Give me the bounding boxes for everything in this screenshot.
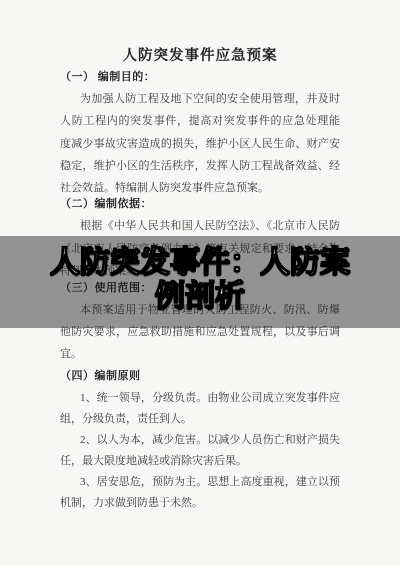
body-line: 2、以人为本，减少危害。以减少人员伤亡和财产损失为第一责 bbox=[80, 433, 340, 447]
body-line: 任，最大限度地减轻或消除灾害后果。 bbox=[60, 454, 360, 468]
body-line: 社会效益。特编制人防突发事件应急预案。 bbox=[60, 181, 360, 195]
body-line: 为加强人防工程及地下空间的安全使用管理，并及时有效的处理 bbox=[80, 92, 340, 106]
overlay-headline-line-1: 人防突发事件：人防案 bbox=[0, 246, 400, 280]
section-heading-2: （二）编制依据： bbox=[60, 197, 360, 211]
body-line: 1、统一领导，分级负责。由物业公司成立突发事件应急领导小 bbox=[80, 391, 340, 405]
body-line: 组，分级负责，责任到人。 bbox=[60, 412, 360, 426]
overlay-headline-line-2: 例剖析 bbox=[0, 280, 400, 314]
body-line: 宜。 bbox=[60, 347, 360, 361]
body-line: 机制，力求做到防患于未然。 bbox=[60, 496, 360, 510]
body-line: 根据《中华人民共和国人民防空法》、《北京市人民防空条例》、 bbox=[80, 219, 340, 233]
body-line: 3、居安思危，预防为主。思想上高度重视，建立以预防为主的 bbox=[80, 475, 340, 489]
section-heading-1: （一） 编制目的： bbox=[60, 70, 360, 84]
body-line: 稳定，维护小区的生活秩序，发挥人防工程战备效益、经济效益和 bbox=[60, 159, 340, 173]
document-title: 人防突发事件应急预案 bbox=[0, 44, 400, 65]
body-line: 人防工程内的突发事件，提高对突发事件的应急处理能力，最大限 bbox=[60, 114, 340, 128]
section-heading-4: （四）编制原则 bbox=[60, 369, 360, 383]
overlay-headline: 人防突发事件：人防案 例剖析 bbox=[0, 246, 400, 314]
document-page: 人防突发事件应急预案 （一） 编制目的： 为加强人防工程及地下空间的安全使用管理… bbox=[0, 0, 400, 566]
body-line: 度减少事故灾害造成的损失，维护小区人民生命、财产安全和社会 bbox=[60, 137, 340, 151]
